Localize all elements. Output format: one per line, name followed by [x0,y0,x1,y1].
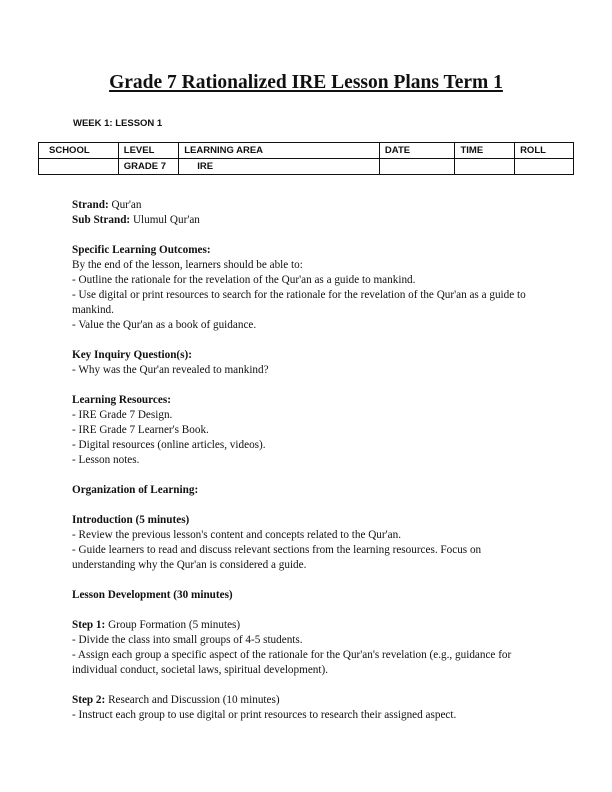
header-school: SCHOOL [39,143,119,159]
lesson-info-table: SCHOOL LEVEL LEARNING AREA DATE TIME ROL… [38,142,574,175]
list-item: - Guide learners to read and discuss rel… [72,543,542,573]
list-item: - Divide the class into small groups of … [72,633,542,648]
development-heading: Lesson Development (30 minutes) [72,588,542,603]
cell-learning-area: IRE [179,159,380,175]
sub-strand-value: Ulumul Qur'an [133,214,200,226]
list-item: - Digital resources (online articles, vi… [72,438,542,453]
header-roll: ROLL [515,143,574,159]
strand-line: Strand: Qur'an [72,198,542,213]
outcomes-heading: Specific Learning Outcomes: [72,243,542,258]
outcomes-intro: By the end of the lesson, learners shoul… [72,258,542,273]
table-header-row: SCHOOL LEVEL LEARNING AREA DATE TIME ROL… [39,143,574,159]
header-level: LEVEL [118,143,178,159]
lesson-body: Strand: Qur'an Sub Strand: Ulumul Qur'an… [72,198,542,723]
strand-label: Strand: [72,199,109,211]
document-title: Grade 7 Rationalized IRE Lesson Plans Te… [0,72,612,94]
cell-roll [515,159,574,175]
sub-strand-line: Sub Strand: Ulumul Qur'an [72,213,542,228]
list-item: - Outline the rationale for the revelati… [72,273,542,288]
cell-level: GRADE 7 [118,159,178,175]
strand-value: Qur'an [111,199,141,211]
table-row: GRADE 7 IRE [39,159,574,175]
introduction-heading: Introduction (5 minutes) [72,513,542,528]
list-item: - Lesson notes. [72,453,542,468]
header-date: DATE [379,143,455,159]
cell-time [455,159,515,175]
list-item: - IRE Grade 7 Learner's Book. [72,423,542,438]
header-learning-area: LEARNING AREA [179,143,380,159]
cell-school [39,159,119,175]
list-item: - Review the previous lesson's content a… [72,528,542,543]
list-item: - IRE Grade 7 Design. [72,408,542,423]
list-item: - Value the Qur'an as a book of guidance… [72,318,542,333]
list-item: - Instruct each group to use digital or … [72,708,542,723]
organization-heading: Organization of Learning: [72,483,542,498]
step-2-heading: Step 2: Research and Discussion (10 minu… [72,693,542,708]
list-item: - Why was the Qur'an revealed to mankind… [72,363,542,378]
list-item: - Assign each group a specific aspect of… [72,648,542,678]
header-time: TIME [455,143,515,159]
inquiry-heading: Key Inquiry Question(s): [72,348,542,363]
step-1-heading: Step 1: Group Formation (5 minutes) [72,618,542,633]
cell-date [379,159,455,175]
list-item: - Use digital or print resources to sear… [72,288,542,318]
resources-heading: Learning Resources: [72,393,542,408]
sub-strand-label: Sub Strand: [72,214,130,226]
week-lesson-label: WEEK 1: LESSON 1 [73,118,162,129]
